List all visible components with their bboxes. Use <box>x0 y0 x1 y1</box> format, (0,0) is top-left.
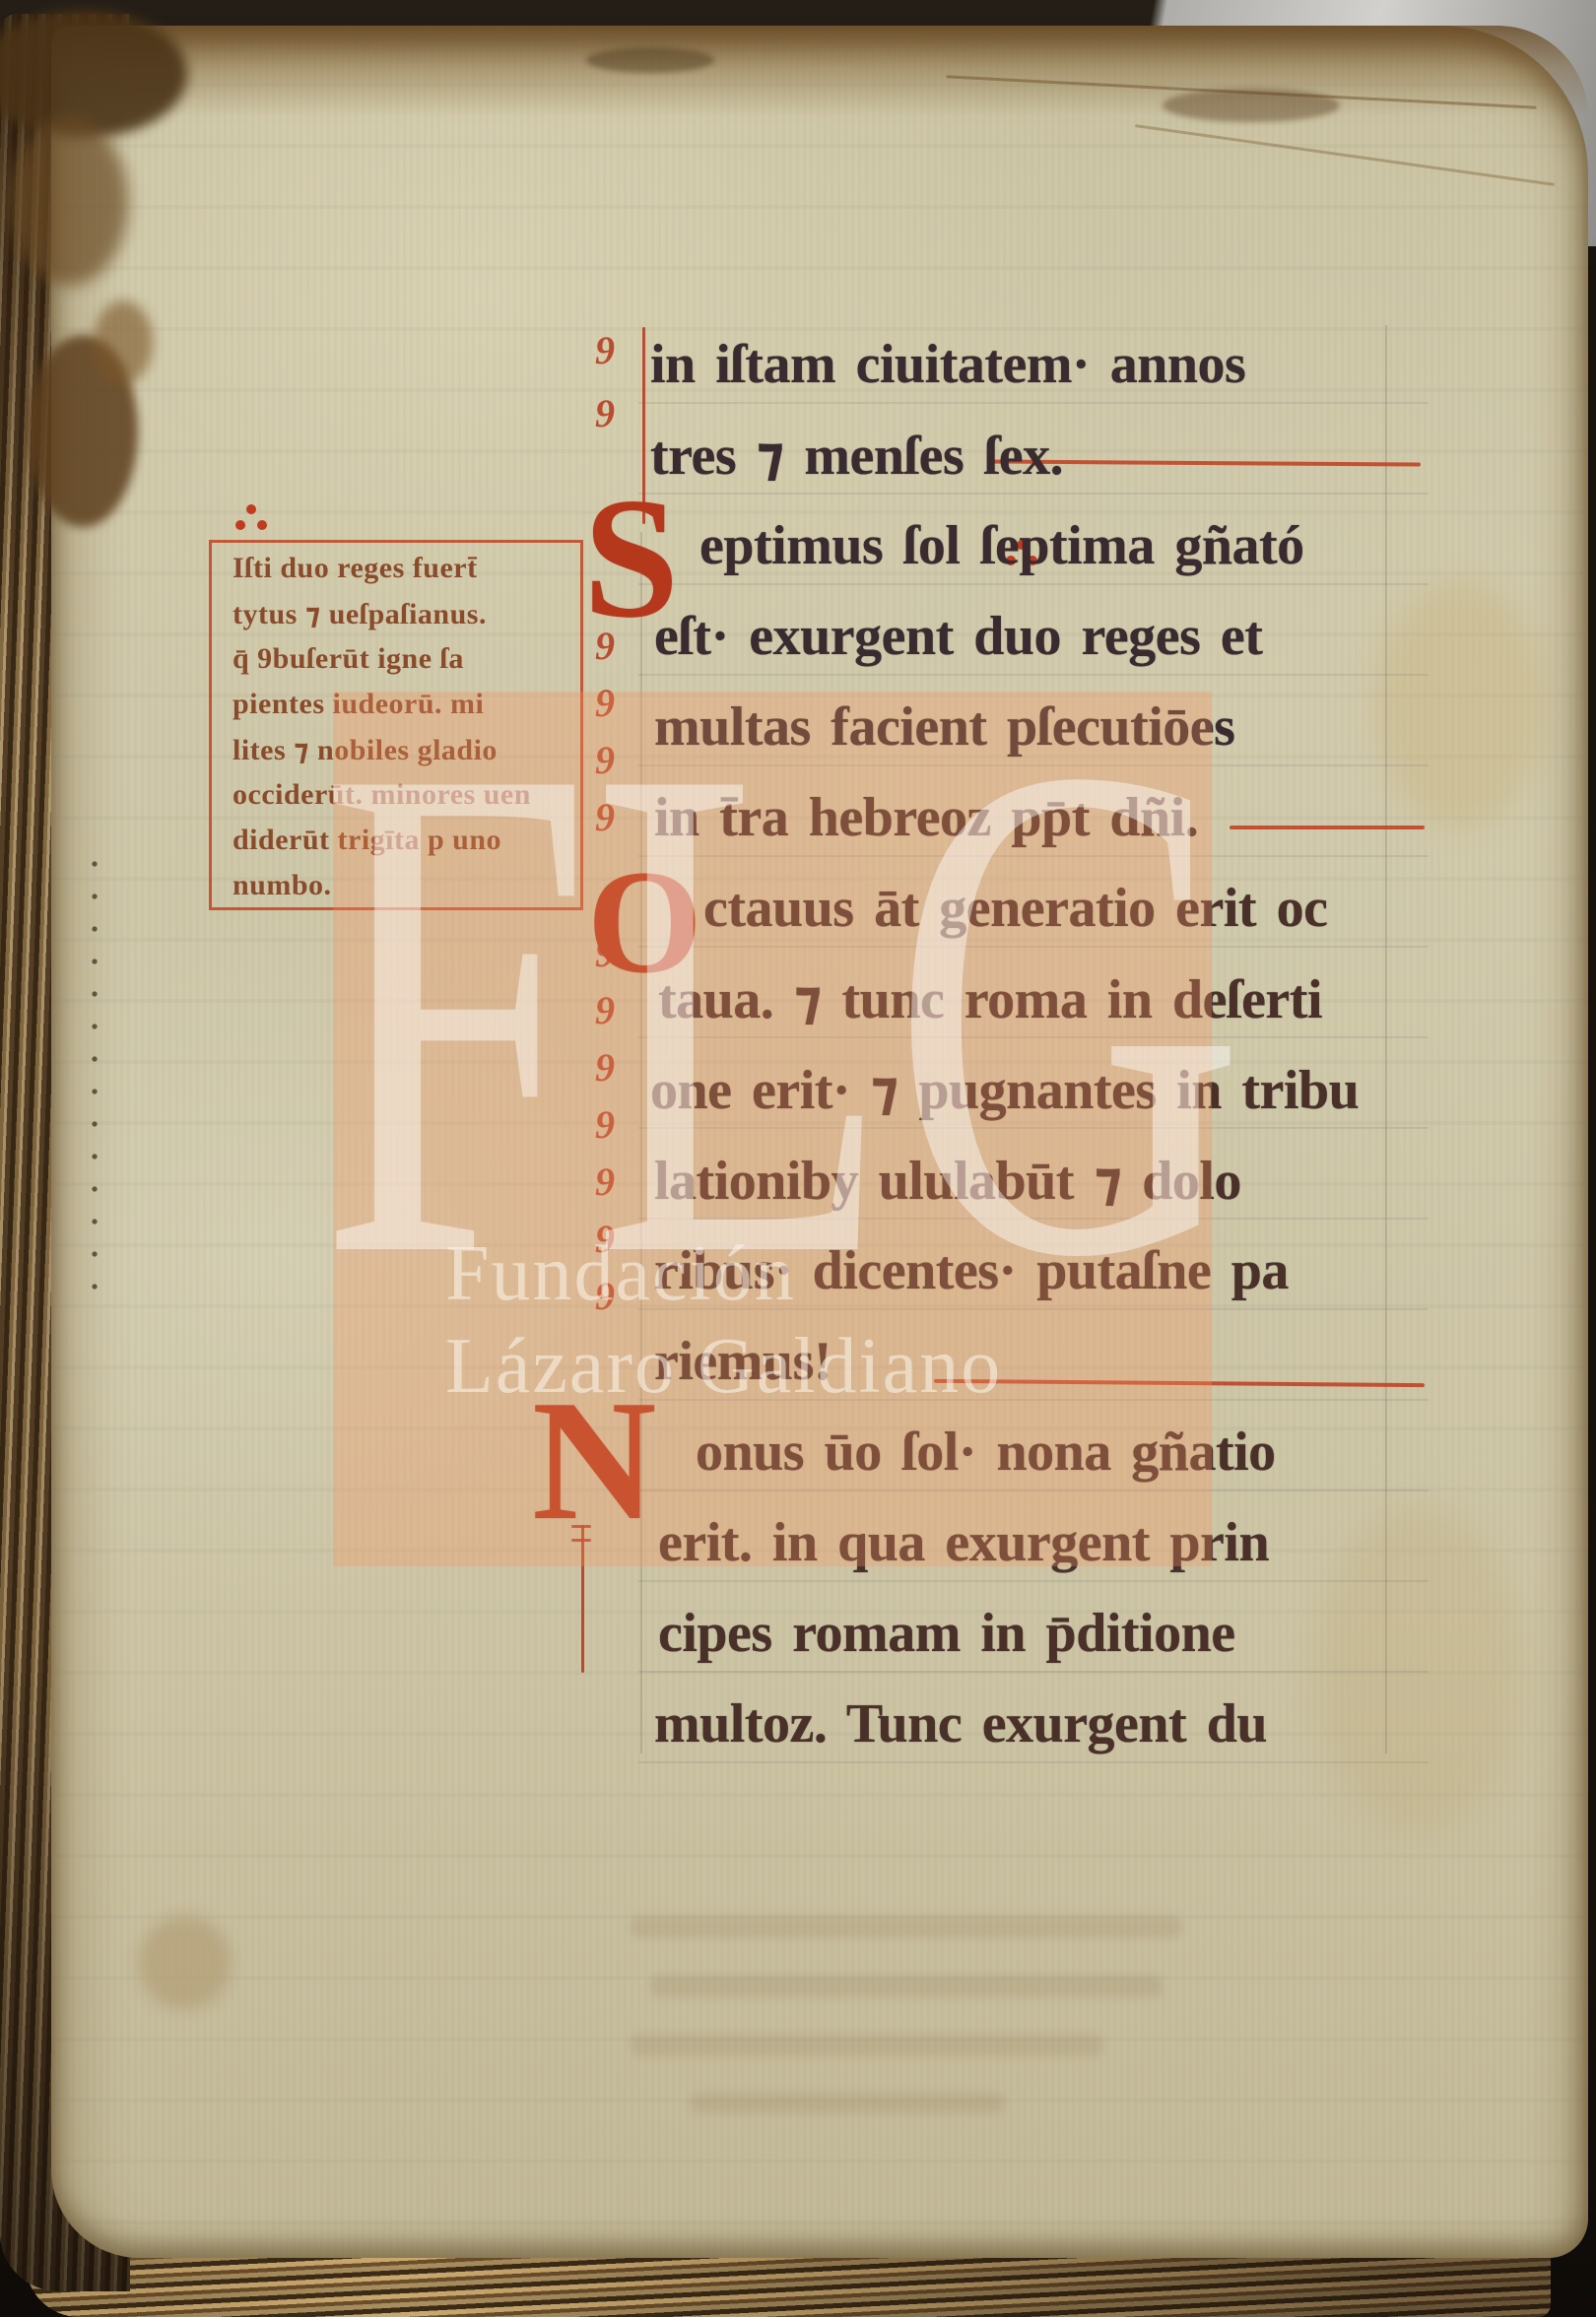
text-line: eptimus ſol ſeptima gñató <box>699 514 1304 577</box>
ink-bleed-through <box>631 2034 1103 2056</box>
stain-left-blot-small <box>94 300 153 384</box>
stain-left-upper <box>10 118 128 286</box>
ink-bleed-through <box>690 2093 1005 2113</box>
soil-speck-top-right <box>1163 89 1340 122</box>
text-line: cipes romam in p̄ditione <box>658 1602 1235 1665</box>
paraph-mark: 9 <box>595 331 615 370</box>
ink-bleed-through <box>631 1916 1182 1938</box>
soil-speck-top <box>586 47 714 73</box>
text-line: multoz. Tunc exurgent du <box>654 1692 1267 1755</box>
marginal-note-line: Iſti duo reges fuert̄ <box>233 552 478 585</box>
manuscript-photo: Iſti duo reges fuert̄ tytus ⁊ ueſpaſianu… <box>0 0 1596 2317</box>
marginal-note-line: tytus ⁊ ueſpaſianus. <box>233 597 487 631</box>
page-dirty-top-edge <box>51 26 1588 116</box>
watermark-org-line1: Fundación <box>445 1229 796 1319</box>
stain-bottom-left <box>138 1916 232 2010</box>
watermark-org-line2: Lázaro Galdiano <box>445 1322 1002 1412</box>
red-dots-signe-margin <box>246 504 256 514</box>
pricking-dots <box>91 859 99 1297</box>
ink-bleed-through <box>650 1975 1163 1997</box>
text-line: eſt· exurgent duo reges et <box>654 605 1262 668</box>
ruling-vertical-right <box>1385 325 1387 1754</box>
text-line: in iſtam ciuitatem· annos <box>650 333 1245 396</box>
marginal-note-line: q̄ 9buſerūt igne ſa <box>233 642 464 676</box>
text-line: tres ⁊ menſes ſex. <box>650 424 1063 488</box>
paraph-mark: 9 <box>595 394 615 433</box>
